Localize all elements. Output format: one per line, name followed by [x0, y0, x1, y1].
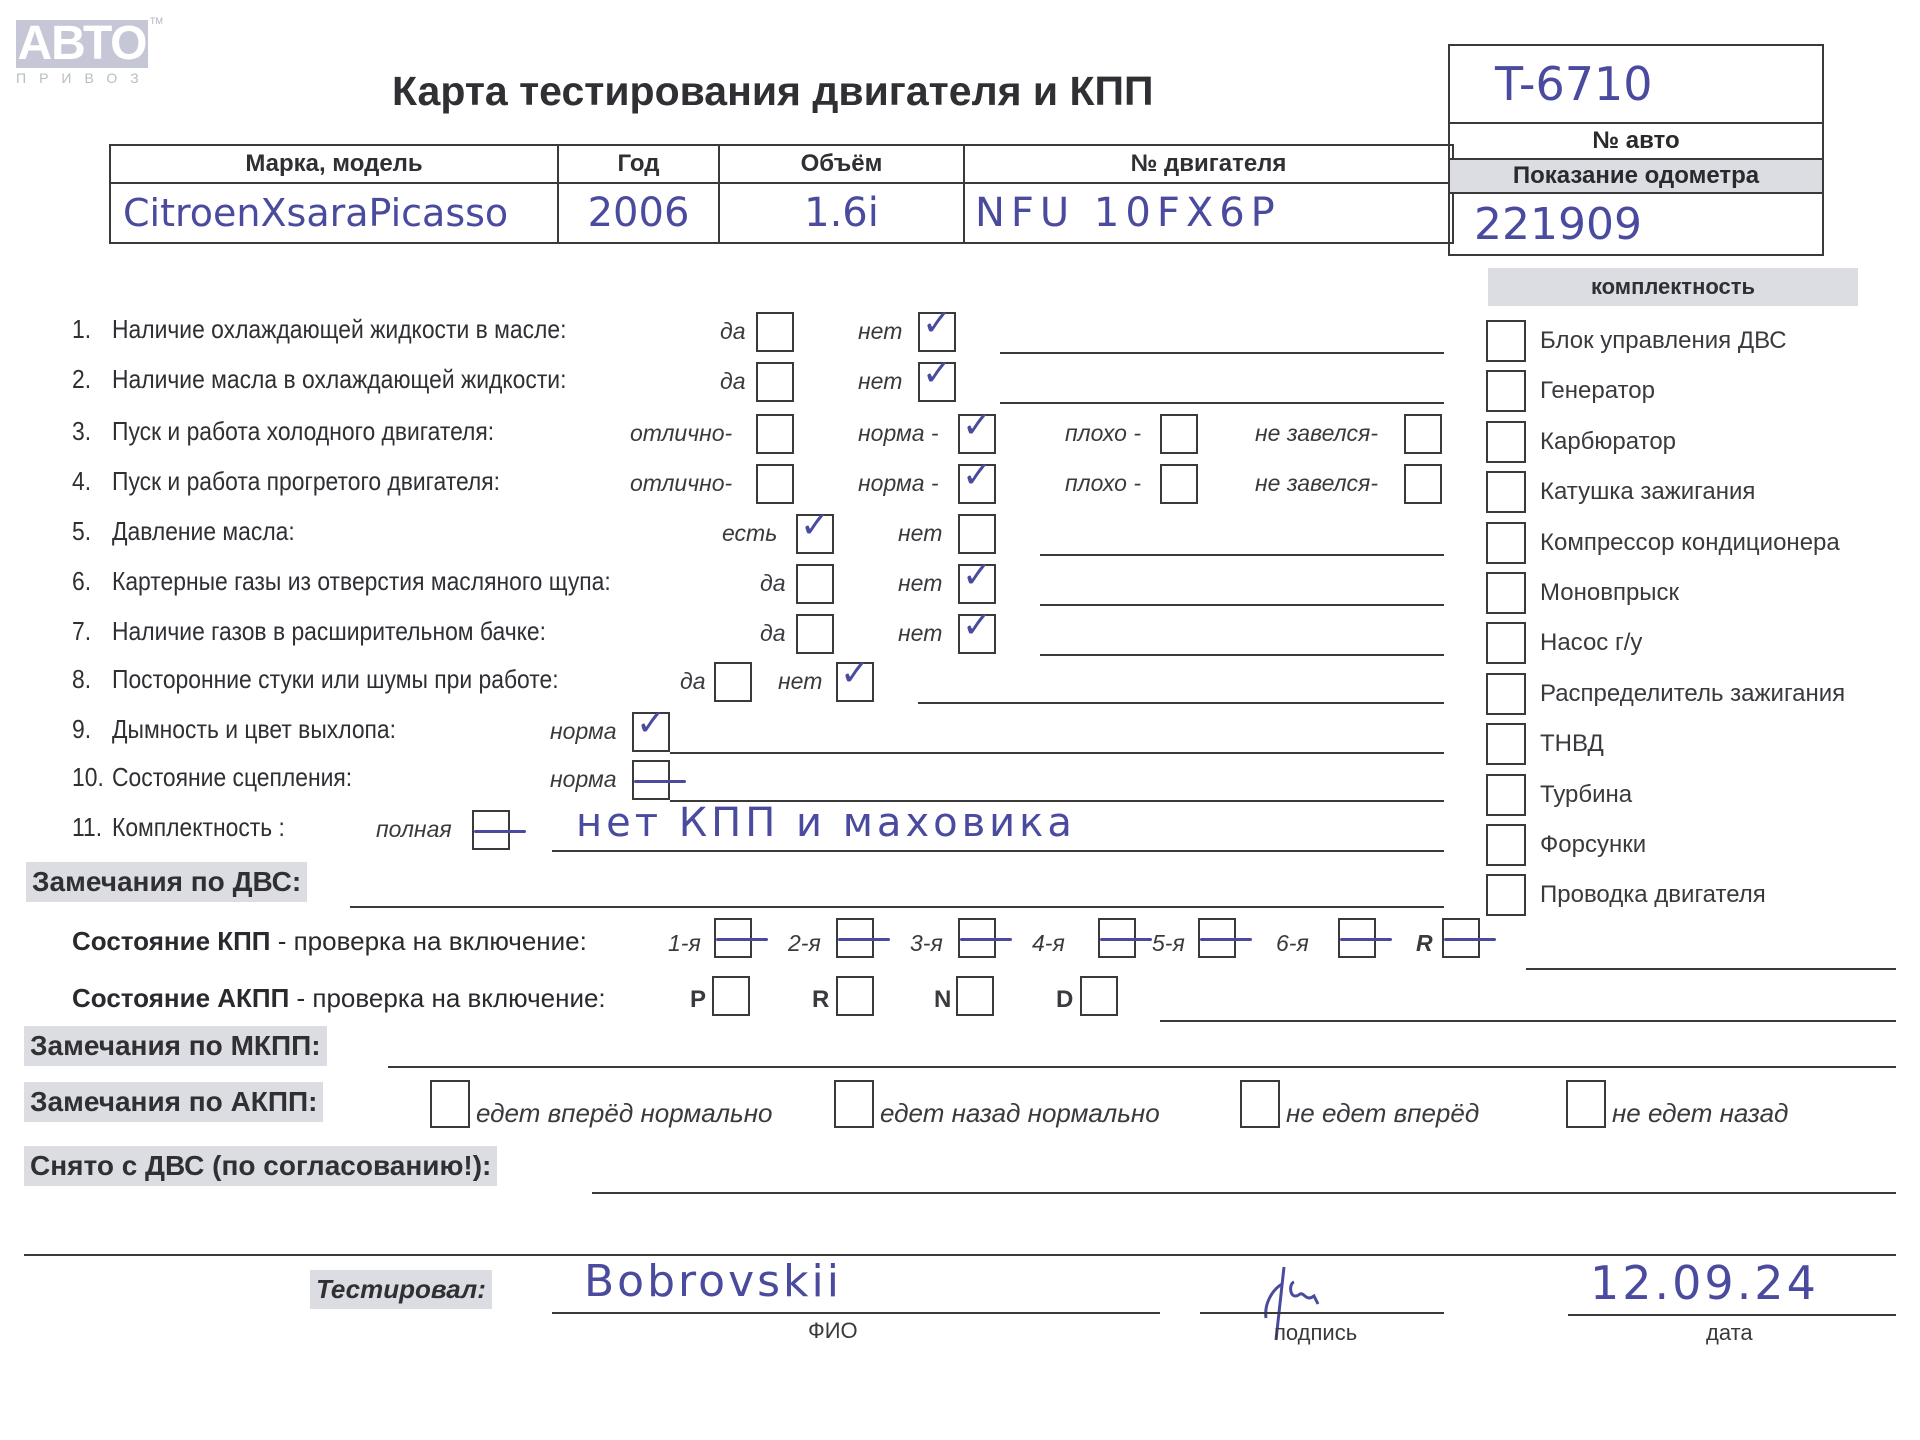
- dash-mark-icon: [1200, 938, 1252, 941]
- completeness-item-label: Моновпрыск: [1540, 579, 1679, 607]
- completeness-item-label: Форсунки: [1540, 831, 1646, 859]
- option-label: да: [720, 368, 746, 395]
- completeness-checkbox[interactable]: [1486, 824, 1526, 866]
- year-value[interactable]: 2006: [558, 183, 719, 243]
- dash-mark-icon: [1340, 938, 1392, 941]
- question-number: 4.: [72, 466, 91, 497]
- auto-gearbox-label-rest: - проверка на включение:: [289, 983, 605, 1013]
- make-model-value[interactable]: CitroenXsaraPicasso: [110, 183, 558, 243]
- question-text: Наличие газов в расширительном бачке:: [112, 616, 546, 647]
- signature-line: [1200, 1312, 1444, 1314]
- question-number: 1.: [72, 314, 91, 345]
- vehicle-info-table: Марка, модель Год Объём № двигателя Citr…: [109, 144, 1454, 244]
- completeness-checkbox[interactable]: [1486, 673, 1526, 715]
- car-info-box: T-6710 № авто Показание одометра 221909: [1448, 44, 1824, 256]
- dash-mark-icon: [838, 938, 890, 941]
- date-line: [1568, 1314, 1896, 1316]
- question-note-field[interactable]: [918, 702, 1444, 704]
- remarks-engine-field[interactable]: [350, 906, 1444, 908]
- col-engine-number: № двигателя: [964, 145, 1453, 183]
- question-text: Пуск и работа холодного двигателя:: [112, 416, 494, 447]
- completeness-checkbox[interactable]: [1486, 622, 1526, 664]
- page-title: Карта тестирования двигателя и КПП: [392, 68, 1153, 115]
- option-label: да: [760, 570, 786, 597]
- gear-label: R: [1416, 930, 1433, 957]
- question-text: Комплектность :: [112, 812, 285, 843]
- checkmark-icon: ✓: [962, 458, 992, 494]
- auto-remark-label: не едет вперёд: [1286, 1098, 1479, 1129]
- auto-remark-checkbox[interactable]: [1566, 1080, 1606, 1128]
- option-label: не завелся-: [1255, 420, 1378, 447]
- option-label: отлично-: [630, 420, 732, 447]
- option-checkbox[interactable]: [1160, 414, 1198, 454]
- option-label: да: [760, 620, 786, 647]
- question-text: Дымность и цвет выхлопа:: [112, 714, 396, 745]
- car-number-value[interactable]: T-6710: [1450, 46, 1822, 124]
- question-number: 11.: [72, 812, 102, 843]
- question-number: 7.: [72, 616, 91, 647]
- test-date[interactable]: 12.09.24: [1590, 1256, 1819, 1310]
- completeness-checkbox[interactable]: [1486, 522, 1526, 564]
- manual-gearbox-label-bold: Состояние КПП: [72, 926, 271, 956]
- question-number: 9.: [72, 714, 91, 745]
- option-checkbox[interactable]: [796, 614, 834, 654]
- option-label: норма: [550, 718, 617, 745]
- completeness-checkbox[interactable]: [1486, 320, 1526, 362]
- dash-mark-icon: [634, 780, 686, 783]
- logo-subtitle: ПРИВОЗ: [16, 70, 152, 86]
- odometer-label: Показание одометра: [1450, 160, 1822, 194]
- dash-mark-icon: [1100, 938, 1152, 941]
- option-label: плохо -: [1065, 420, 1141, 447]
- avtoprivoz-logo: АВТО: [16, 20, 148, 68]
- option-checkbox[interactable]: [1160, 464, 1198, 504]
- tester-name[interactable]: Bobrovskii: [584, 1256, 842, 1307]
- question-text: Наличие масла в охлаждающей жидкости:: [112, 364, 566, 395]
- completeness-checkbox[interactable]: [1486, 421, 1526, 463]
- question-number: 5.: [72, 516, 91, 547]
- completeness-checkbox[interactable]: [1486, 874, 1526, 916]
- completeness-title: комплектность: [1488, 268, 1858, 306]
- car-number-label: № авто: [1450, 124, 1822, 160]
- auto-position-label: D: [1056, 986, 1073, 1014]
- gear-label: 3-я: [910, 930, 943, 957]
- completeness-item-label: Насос г/у: [1540, 629, 1642, 657]
- dash-mark-icon: [474, 830, 526, 833]
- checkmark-icon: ✓: [922, 356, 952, 392]
- option-label: есть: [722, 520, 777, 547]
- name-caption: ФИО: [808, 1318, 858, 1344]
- question-text: Картерные газы из отверстия масляного щу…: [112, 566, 611, 597]
- gear-label: 6-я: [1276, 930, 1309, 957]
- date-caption: дата: [1706, 1320, 1753, 1346]
- remarks-manual-field[interactable]: [388, 1066, 1896, 1068]
- checkmark-icon: ✓: [962, 608, 992, 644]
- option-label: не завелся-: [1255, 470, 1378, 497]
- auto-position-checkbox[interactable]: [836, 976, 874, 1016]
- question-number: 3.: [72, 416, 91, 447]
- completeness-item-label: Распределитель зажигания: [1540, 680, 1845, 708]
- option-checkbox[interactable]: [756, 362, 794, 402]
- question-text: Состояние сцепления:: [112, 762, 352, 793]
- completeness-checkbox[interactable]: [1486, 370, 1526, 412]
- option-label: норма -: [858, 420, 939, 447]
- auto-remark-checkbox[interactable]: [430, 1080, 470, 1128]
- question-text: Пуск и работа прогретого двигателя:: [112, 466, 500, 497]
- option-checkbox[interactable]: [1404, 464, 1442, 504]
- manual-gearbox-label-rest: - проверка на включение:: [271, 926, 587, 956]
- odometer-value[interactable]: 221909: [1450, 194, 1822, 256]
- completeness-checkbox[interactable]: [1486, 723, 1526, 765]
- completeness-item-label: Компрессор кондиционера: [1540, 529, 1840, 557]
- gear-label: 1-я: [668, 930, 701, 957]
- gear-label: 5-я: [1152, 930, 1185, 957]
- option-label: нет: [858, 368, 902, 395]
- remarks-manual-label: Замечания по МКПП:: [24, 1026, 327, 1066]
- question-text: Наличие охлаждающей жидкости в масле:: [112, 314, 566, 345]
- auto-position-checkbox[interactable]: [956, 976, 994, 1016]
- option-label: норма: [550, 766, 617, 793]
- checkmark-icon: ✓: [962, 558, 992, 594]
- remarks-engine-label: Замечания по ДВС:: [26, 862, 307, 902]
- option-checkbox[interactable]: [756, 312, 794, 352]
- completeness-item-label: Проводка двигателя: [1540, 881, 1766, 909]
- logo-trademark: TM: [150, 16, 163, 26]
- completeness-panel-header: комплектность: [1488, 268, 1858, 306]
- col-year: Год: [558, 145, 719, 183]
- option-label: отлично-: [630, 470, 732, 497]
- checkmark-icon: ✓: [840, 656, 870, 692]
- gear-label: 4-я: [1032, 930, 1065, 957]
- dash-mark-icon: [716, 938, 768, 941]
- option-checkbox[interactable]: [1404, 414, 1442, 454]
- dash-mark-icon: [1444, 938, 1496, 941]
- question-note-field[interactable]: [1000, 402, 1444, 404]
- option-label: нет: [778, 668, 822, 695]
- removed-from-engine-label: Снято с ДВС (по согласованию!):: [24, 1146, 497, 1186]
- col-make-model: Марка, модель: [110, 145, 558, 183]
- auto-position-checkbox[interactable]: [1080, 976, 1118, 1016]
- completeness-item-label: ТНВД: [1540, 730, 1604, 758]
- question-note-field[interactable]: [1040, 604, 1444, 606]
- completeness-item-label: Катушка зажигания: [1540, 478, 1755, 506]
- completeness-note[interactable]: нет КПП и маховика: [576, 800, 1076, 846]
- volume-value[interactable]: 1.6i: [719, 183, 964, 243]
- question-note-field[interactable]: [1040, 554, 1444, 556]
- checkmark-icon: ✓: [922, 306, 952, 342]
- completeness-item-label: Карбюратор: [1540, 428, 1676, 456]
- checkmark-icon: ✓: [636, 706, 666, 742]
- auto-position-label: N: [934, 986, 951, 1014]
- auto-remark-label: не едет назад: [1612, 1098, 1788, 1129]
- remarks-auto-label: Замечания по АКПП:: [24, 1082, 323, 1122]
- option-checkbox[interactable]: [756, 464, 794, 504]
- checkmark-icon: ✓: [800, 508, 830, 544]
- auto-gearbox-note-field[interactable]: [1160, 1020, 1896, 1022]
- option-label: нет: [858, 318, 902, 345]
- completeness-item-label: Блок управления ДВС: [1540, 327, 1787, 355]
- signature-caption: подпись: [1274, 1320, 1357, 1346]
- tester-name-line: [552, 1312, 1160, 1314]
- completeness-checkbox[interactable]: [1486, 774, 1526, 816]
- option-label: да: [720, 318, 746, 345]
- question-text: Давление масла:: [112, 516, 295, 547]
- gear-label: 2-я: [788, 930, 821, 957]
- col-volume: Объём: [719, 145, 964, 183]
- completeness-item-label: Генератор: [1540, 377, 1655, 405]
- auto-gearbox-label: Состояние АКПП - проверка на включение:: [72, 983, 606, 1014]
- question-note-field[interactable]: [670, 752, 1444, 754]
- manual-gearbox-note-field[interactable]: [1526, 968, 1896, 970]
- manual-gearbox-label: Состояние КПП - проверка на включение:: [72, 926, 587, 957]
- option-label: нет: [898, 570, 942, 597]
- auto-remark-label: едет назад нормально: [880, 1098, 1160, 1129]
- removed-from-engine-field[interactable]: [592, 1192, 1896, 1194]
- auto-remark-label: едет вперёд нормально: [476, 1098, 772, 1129]
- option-label: плохо -: [1065, 470, 1141, 497]
- tested-by-label: Тестировал:: [310, 1270, 492, 1309]
- dash-mark-icon: [960, 938, 1012, 941]
- auto-position-label: R: [812, 986, 829, 1014]
- auto-position-label: P: [690, 986, 706, 1014]
- auto-remark-checkbox[interactable]: [1240, 1080, 1280, 1128]
- option-label: да: [680, 668, 706, 695]
- option-label: нет: [898, 520, 942, 547]
- question-number: 10.: [72, 762, 104, 793]
- question-text: Посторонние стуки или шумы при работе:: [112, 664, 559, 695]
- checkmark-icon: ✓: [962, 408, 992, 444]
- question-number: 6.: [72, 566, 91, 597]
- option-checkbox[interactable]: [756, 414, 794, 454]
- option-label: полная: [376, 816, 452, 843]
- option-checkbox[interactable]: [714, 662, 752, 702]
- option-checkbox[interactable]: [796, 564, 834, 604]
- engine-number-value[interactable]: NFU 10FX6P: [964, 183, 1453, 243]
- question-number: 2.: [72, 364, 91, 395]
- option-label: нет: [898, 620, 942, 647]
- question-note-field[interactable]: [1040, 654, 1444, 656]
- completeness-item-label: Турбина: [1540, 781, 1632, 809]
- question-note-field[interactable]: [1000, 352, 1444, 354]
- option-label: норма -: [858, 470, 939, 497]
- auto-gearbox-label-bold: Состояние АКПП: [72, 983, 289, 1013]
- question-note-field[interactable]: [552, 850, 1444, 852]
- question-number: 8.: [72, 664, 91, 695]
- completeness-checkbox[interactable]: [1486, 572, 1526, 614]
- auto-remark-checkbox[interactable]: [834, 1080, 874, 1128]
- auto-position-checkbox[interactable]: [712, 976, 750, 1016]
- completeness-checkbox[interactable]: [1486, 471, 1526, 513]
- option-checkbox[interactable]: [958, 514, 996, 554]
